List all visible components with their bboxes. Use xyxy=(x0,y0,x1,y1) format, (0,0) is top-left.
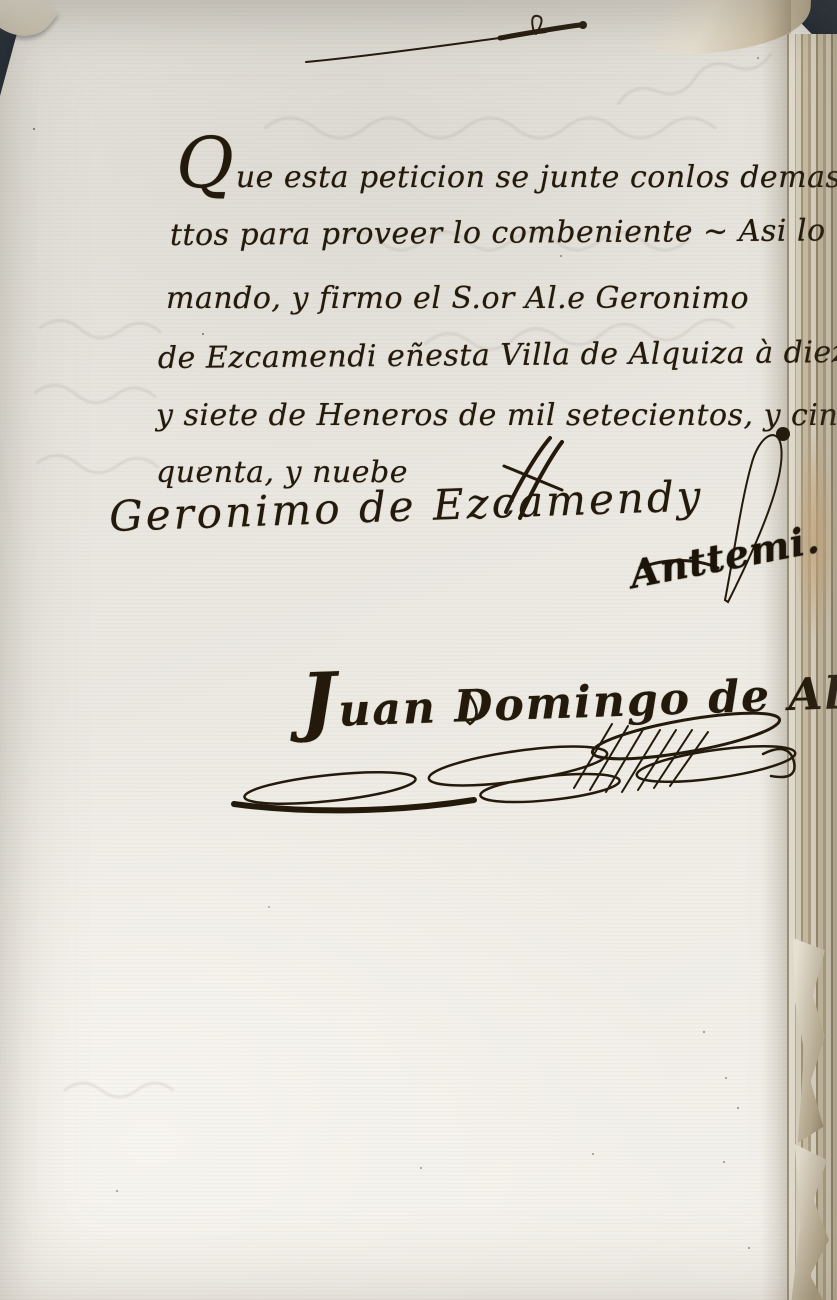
body-line: mando, y firmo el S.or Al.e Geronimo xyxy=(166,284,749,314)
paper-specks xyxy=(0,0,2,2)
body-line: Que esta peticion se junte conlos demas … xyxy=(176,128,837,199)
signature-flourish-icon xyxy=(218,692,810,818)
body-line: de Ezcamendi eñesta Villa de Alquiza à d… xyxy=(158,338,837,374)
manuscript-photo: Que esta peticion se junte conlos demas … xyxy=(0,0,837,1300)
notarial-slash-mark-icon xyxy=(300,14,600,70)
body-line: ttos para proveer lo combeniente ~ Asi l… xyxy=(170,216,826,251)
bleedthrough-marks xyxy=(60,1060,190,1115)
